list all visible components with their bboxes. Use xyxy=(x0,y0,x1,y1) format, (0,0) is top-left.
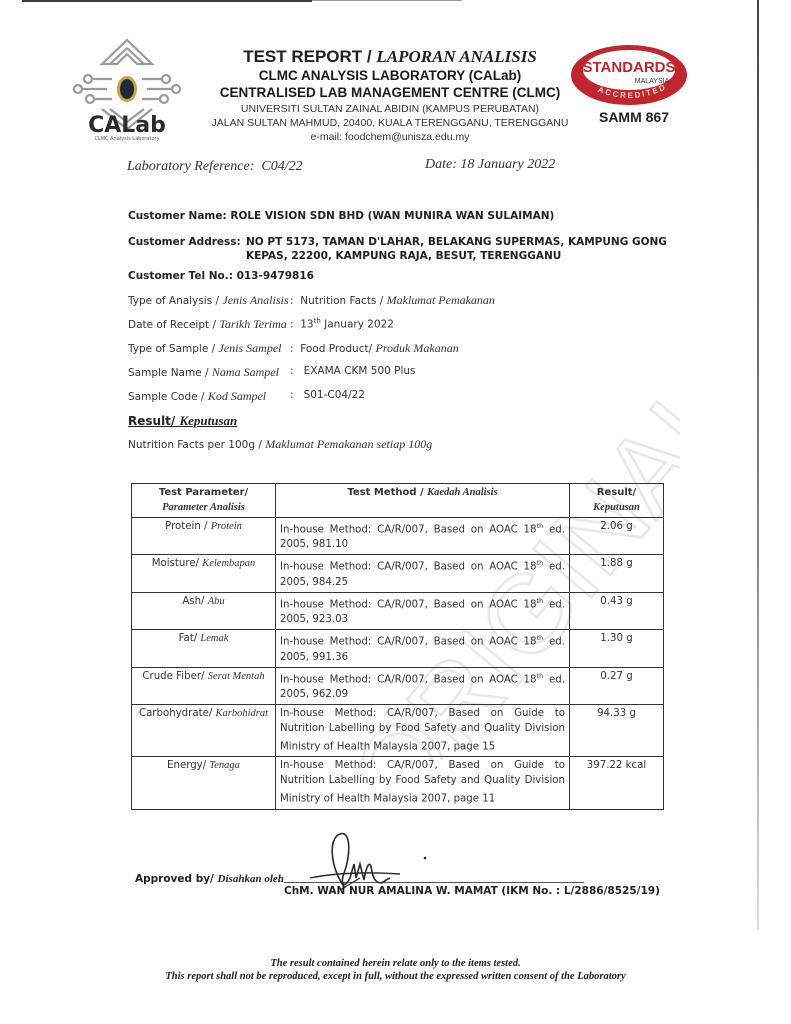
results-table: Test Parameter/Parameter Analisis Test M… xyxy=(131,483,664,810)
cell-method: In-house Method: CA/R/007, Based on Guid… xyxy=(276,757,570,809)
detail-value-rest: January 2022 xyxy=(321,319,394,331)
report-title: TEST REPORT / LAPORAN ANALISIS xyxy=(195,47,585,67)
param-ms: Kelembapan xyxy=(202,558,255,569)
param-ms: Karbohidrat xyxy=(216,708,269,719)
method-text: In-house Method: CA/R/007, Based on AOAC… xyxy=(280,562,537,573)
detail-value-ms: Maklumat Pemakanan xyxy=(387,293,495,307)
detail-label-ms: Jenis Sampel xyxy=(219,341,282,355)
result-heading-ms: Keputusan xyxy=(179,413,237,428)
param-en: Fat/ xyxy=(179,633,201,644)
footer-disclaimer-1: The result contained herein relate only … xyxy=(100,958,691,969)
customer-address: Customer Address:NO PT 5173, TAMAN D'LAH… xyxy=(128,235,673,263)
table-row: Protein / ProteinIn-house Method: CA/R/0… xyxy=(132,518,664,555)
table-row: Carbohydrate/ KarbohidratIn-house Method… xyxy=(132,704,664,756)
table-row: Energy/ TenagaIn-house Method: CA/R/007,… xyxy=(132,757,664,809)
footer-disclaimer-2: This report shall not be reproduced, exc… xyxy=(100,971,691,982)
detail-type-of-analysis: Type of Analysis / Jenis Analisis : Nutr… xyxy=(128,293,290,308)
report-title-en: TEST REPORT / xyxy=(243,47,376,66)
detail-value: S01-C04/22 xyxy=(304,389,365,401)
cell-result: 94.33 g xyxy=(570,704,664,756)
result-value: 0.43 g xyxy=(600,596,632,607)
report-date: Date: 18 January 2022 xyxy=(425,157,555,173)
result-heading-en: Result/ xyxy=(128,414,179,428)
cell-result: 0.43 g xyxy=(570,592,664,629)
detail-value: Food Product/ xyxy=(300,343,375,355)
cell-result: 0.27 g xyxy=(570,667,664,704)
detail-label: Type of Analysis / xyxy=(128,295,222,307)
method-text: In-house Method: CA/R/007, Based on AOAC… xyxy=(280,637,537,648)
signer-name: ChM. WAN NUR AMALINA W. MAMAT (IKM No. :… xyxy=(284,885,660,897)
standards-malaysia-accredited-icon: STANDARDS MALAYSIA ACCREDITED xyxy=(568,42,690,108)
detail-label: Date of Receipt / xyxy=(128,319,219,331)
centre-name: CENTRALISED LAB MANAGEMENT CENTRE (CLMC) xyxy=(195,85,585,100)
cell-parameter: Moisture/ Kelembapan xyxy=(132,555,276,592)
customer-name-label: Customer Name: xyxy=(128,210,227,222)
detail-value: 13 xyxy=(300,319,313,331)
detail-label-ms: Tarikh Terima xyxy=(219,317,286,331)
detail-value-sup: th xyxy=(314,317,321,325)
cell-result: 1.30 g xyxy=(570,630,664,667)
university-name: UNIVERSITI SULTAN ZAINAL ABIDIN (KAMPUS … xyxy=(195,103,585,115)
cell-parameter: Crude Fiber/ Serat Mentah xyxy=(132,667,276,704)
cell-method: In-house Method: CA/R/007, Based on AOAC… xyxy=(276,592,570,629)
col-header-result: Result/Keputusan xyxy=(570,484,664,518)
scan-edge-right xyxy=(757,0,759,930)
col-header-ms: Parameter Analisis xyxy=(162,502,245,513)
lab-reference: Laboratory Reference: C04/22 xyxy=(127,159,303,175)
detail-label: Sample Name / xyxy=(128,367,212,379)
approved-by-label: Approved by/ Disahkan oleh xyxy=(135,873,284,885)
detail-type-of-sample: Type of Sample / Jenis Sampel : Food Pro… xyxy=(128,341,290,356)
detail-label-ms: Nama Sampel xyxy=(212,365,279,379)
cell-parameter: Ash/ Abu xyxy=(132,592,276,629)
scan-edge-top xyxy=(22,0,312,2)
param-ms: Abu xyxy=(208,596,225,607)
result-heading: Result/ Keputusan xyxy=(128,413,237,429)
param-ms: Protein xyxy=(211,521,242,532)
table-row: Ash/ AbuIn-house Method: CA/R/007, Based… xyxy=(132,592,664,629)
method-text: In-house Method: CA/R/007, Based on AOAC… xyxy=(280,524,537,535)
col-header-en: Result/ xyxy=(597,487,636,498)
detail-value-ms: Produk Makanan xyxy=(375,341,458,355)
param-en: Carbohydrate/ xyxy=(139,708,216,719)
col-header-method: Test Method / Kaedah Analisis xyxy=(276,484,570,518)
cell-method: In-house Method: CA/R/007, Based on AOAC… xyxy=(276,518,570,555)
detail-label-ms: Jenis Analisis xyxy=(222,293,288,307)
lab-reference-label: Laboratory Reference: xyxy=(127,159,254,174)
customer-tel-value: 013-9479816 xyxy=(237,270,314,282)
cell-parameter: Protein / Protein xyxy=(132,518,276,555)
table-row: Fat/ LemakIn-house Method: CA/R/007, Bas… xyxy=(132,630,664,667)
method-text: In-house Method: CA/R/007, Based on AOAC… xyxy=(280,599,537,610)
lab-address: JALAN SULTAN MAHMUD, 20400, KUALA TERENG… xyxy=(195,117,585,129)
approval-colon: : xyxy=(278,873,282,885)
customer-name-value: ROLE VISION SDN BHD (WAN MUNIRA WAN SULA… xyxy=(230,210,554,222)
method-text: In-house Method: CA/R/007, Based on Guid… xyxy=(280,708,565,752)
param-en: Crude Fiber/ xyxy=(142,671,207,682)
cell-method: In-house Method: CA/R/007, Based on Guid… xyxy=(276,704,570,756)
approved-by-en: Approved by/ xyxy=(135,873,218,885)
cell-result: 1.88 g xyxy=(570,555,664,592)
col-header-ms: Keputusan xyxy=(593,502,640,513)
result-subheading: Nutrition Facts per 100g / Maklumat Pema… xyxy=(128,437,432,452)
detail-sample-code: Sample Code / Kod Sampel : S01-C04/22 xyxy=(128,389,290,404)
calab-logo-subtext: CLMC Analysis Laboratory xyxy=(72,136,182,142)
param-ms: Serat Mentah xyxy=(208,671,265,682)
col-header-ms: Kaedah Analisis xyxy=(427,487,498,498)
customer-name: Customer Name: ROLE VISION SDN BHD (WAN … xyxy=(128,210,554,222)
detail-value: Nutrition Facts / xyxy=(300,295,386,307)
table-row: Moisture/ KelembapanIn-house Method: CA/… xyxy=(132,555,664,592)
cell-result: 397.22 kcal xyxy=(570,757,664,809)
result-value: 397.22 kcal xyxy=(587,760,646,771)
cell-parameter: Carbohydrate/ Karbohidrat xyxy=(132,704,276,756)
detail-label: Type of Sample / xyxy=(128,343,219,355)
result-subheading-ms: Maklumat Pemakanan setiap 100g xyxy=(265,437,432,451)
cell-result: 2.06 g xyxy=(570,518,664,555)
result-value: 2.06 g xyxy=(600,521,632,532)
col-header-en: Test Parameter/ xyxy=(159,487,248,498)
param-ms: Lemak xyxy=(200,633,228,644)
detail-sample-name: Sample Name / Nama Sampel : EXAMA CKM 50… xyxy=(128,365,290,380)
result-value: 94.33 g xyxy=(597,708,636,719)
cell-method: In-house Method: CA/R/007, Based on AOAC… xyxy=(276,630,570,667)
method-text: In-house Method: CA/R/007, Based on AOAC… xyxy=(280,674,537,685)
col-header-parameter: Test Parameter/Parameter Analisis xyxy=(132,484,276,518)
result-value: 1.30 g xyxy=(600,633,632,644)
detail-label-ms: Kod Sampel xyxy=(208,389,266,403)
lab-reference-value: C04/22 xyxy=(261,159,302,174)
detail-value: EXAMA CKM 500 Plus xyxy=(304,365,416,377)
customer-address-label: Customer Address: xyxy=(128,235,246,249)
param-ms: Tenaga xyxy=(209,760,240,771)
param-en: Energy/ xyxy=(167,760,209,771)
customer-tel: Customer Tel No.: 013-9479816 xyxy=(128,270,314,282)
result-value: 1.88 g xyxy=(600,558,632,569)
customer-tel-label: Customer Tel No.: xyxy=(128,270,233,282)
accreditation-number: SAMM 867 xyxy=(584,109,684,125)
table-row: Crude Fiber/ Serat MentahIn-house Method… xyxy=(132,667,664,704)
customer-address-value: NO PT 5173, TAMAN D'LAHAR, BELAKANG SUPE… xyxy=(246,235,673,263)
date-label: Date: xyxy=(425,157,457,172)
cell-parameter: Energy/ Tenaga xyxy=(132,757,276,809)
svg-text:STANDARDS: STANDARDS xyxy=(582,59,675,76)
detail-date-of-receipt: Date of Receipt / Tarikh Terima : 13th J… xyxy=(128,317,290,332)
cell-method: In-house Method: CA/R/007, Based on AOAC… xyxy=(276,667,570,704)
table-header-row: Test Parameter/Parameter Analisis Test M… xyxy=(132,484,664,518)
param-en: Moisture/ xyxy=(152,558,203,569)
col-header-en: Test Method / xyxy=(347,487,427,498)
lab-name: CLMC ANALYSIS LABORATORY (CALab) xyxy=(195,68,585,83)
result-value: 0.27 g xyxy=(600,671,632,682)
report-title-ms: LAPORAN ANALISIS xyxy=(376,47,536,66)
cell-parameter: Fat/ Lemak xyxy=(132,630,276,667)
approved-by-ms: Disahkan oleh xyxy=(218,873,284,885)
cell-method: In-house Method: CA/R/007, Based on AOAC… xyxy=(276,555,570,592)
lab-email: e-mail: foodchem@unisza.edu.my xyxy=(195,131,585,143)
calab-logo-text: CALab xyxy=(72,113,182,138)
date-value: 18 January 2022 xyxy=(460,157,555,172)
scan-edge-top-faint xyxy=(312,0,462,1)
detail-label: Sample Code / xyxy=(128,391,208,403)
param-en: Protein / xyxy=(165,521,211,532)
method-text: In-house Method: CA/R/007, Based on Guid… xyxy=(280,760,565,804)
result-subheading-en: Nutrition Facts per 100g / xyxy=(128,439,265,451)
param-en: Ash/ xyxy=(182,596,207,607)
